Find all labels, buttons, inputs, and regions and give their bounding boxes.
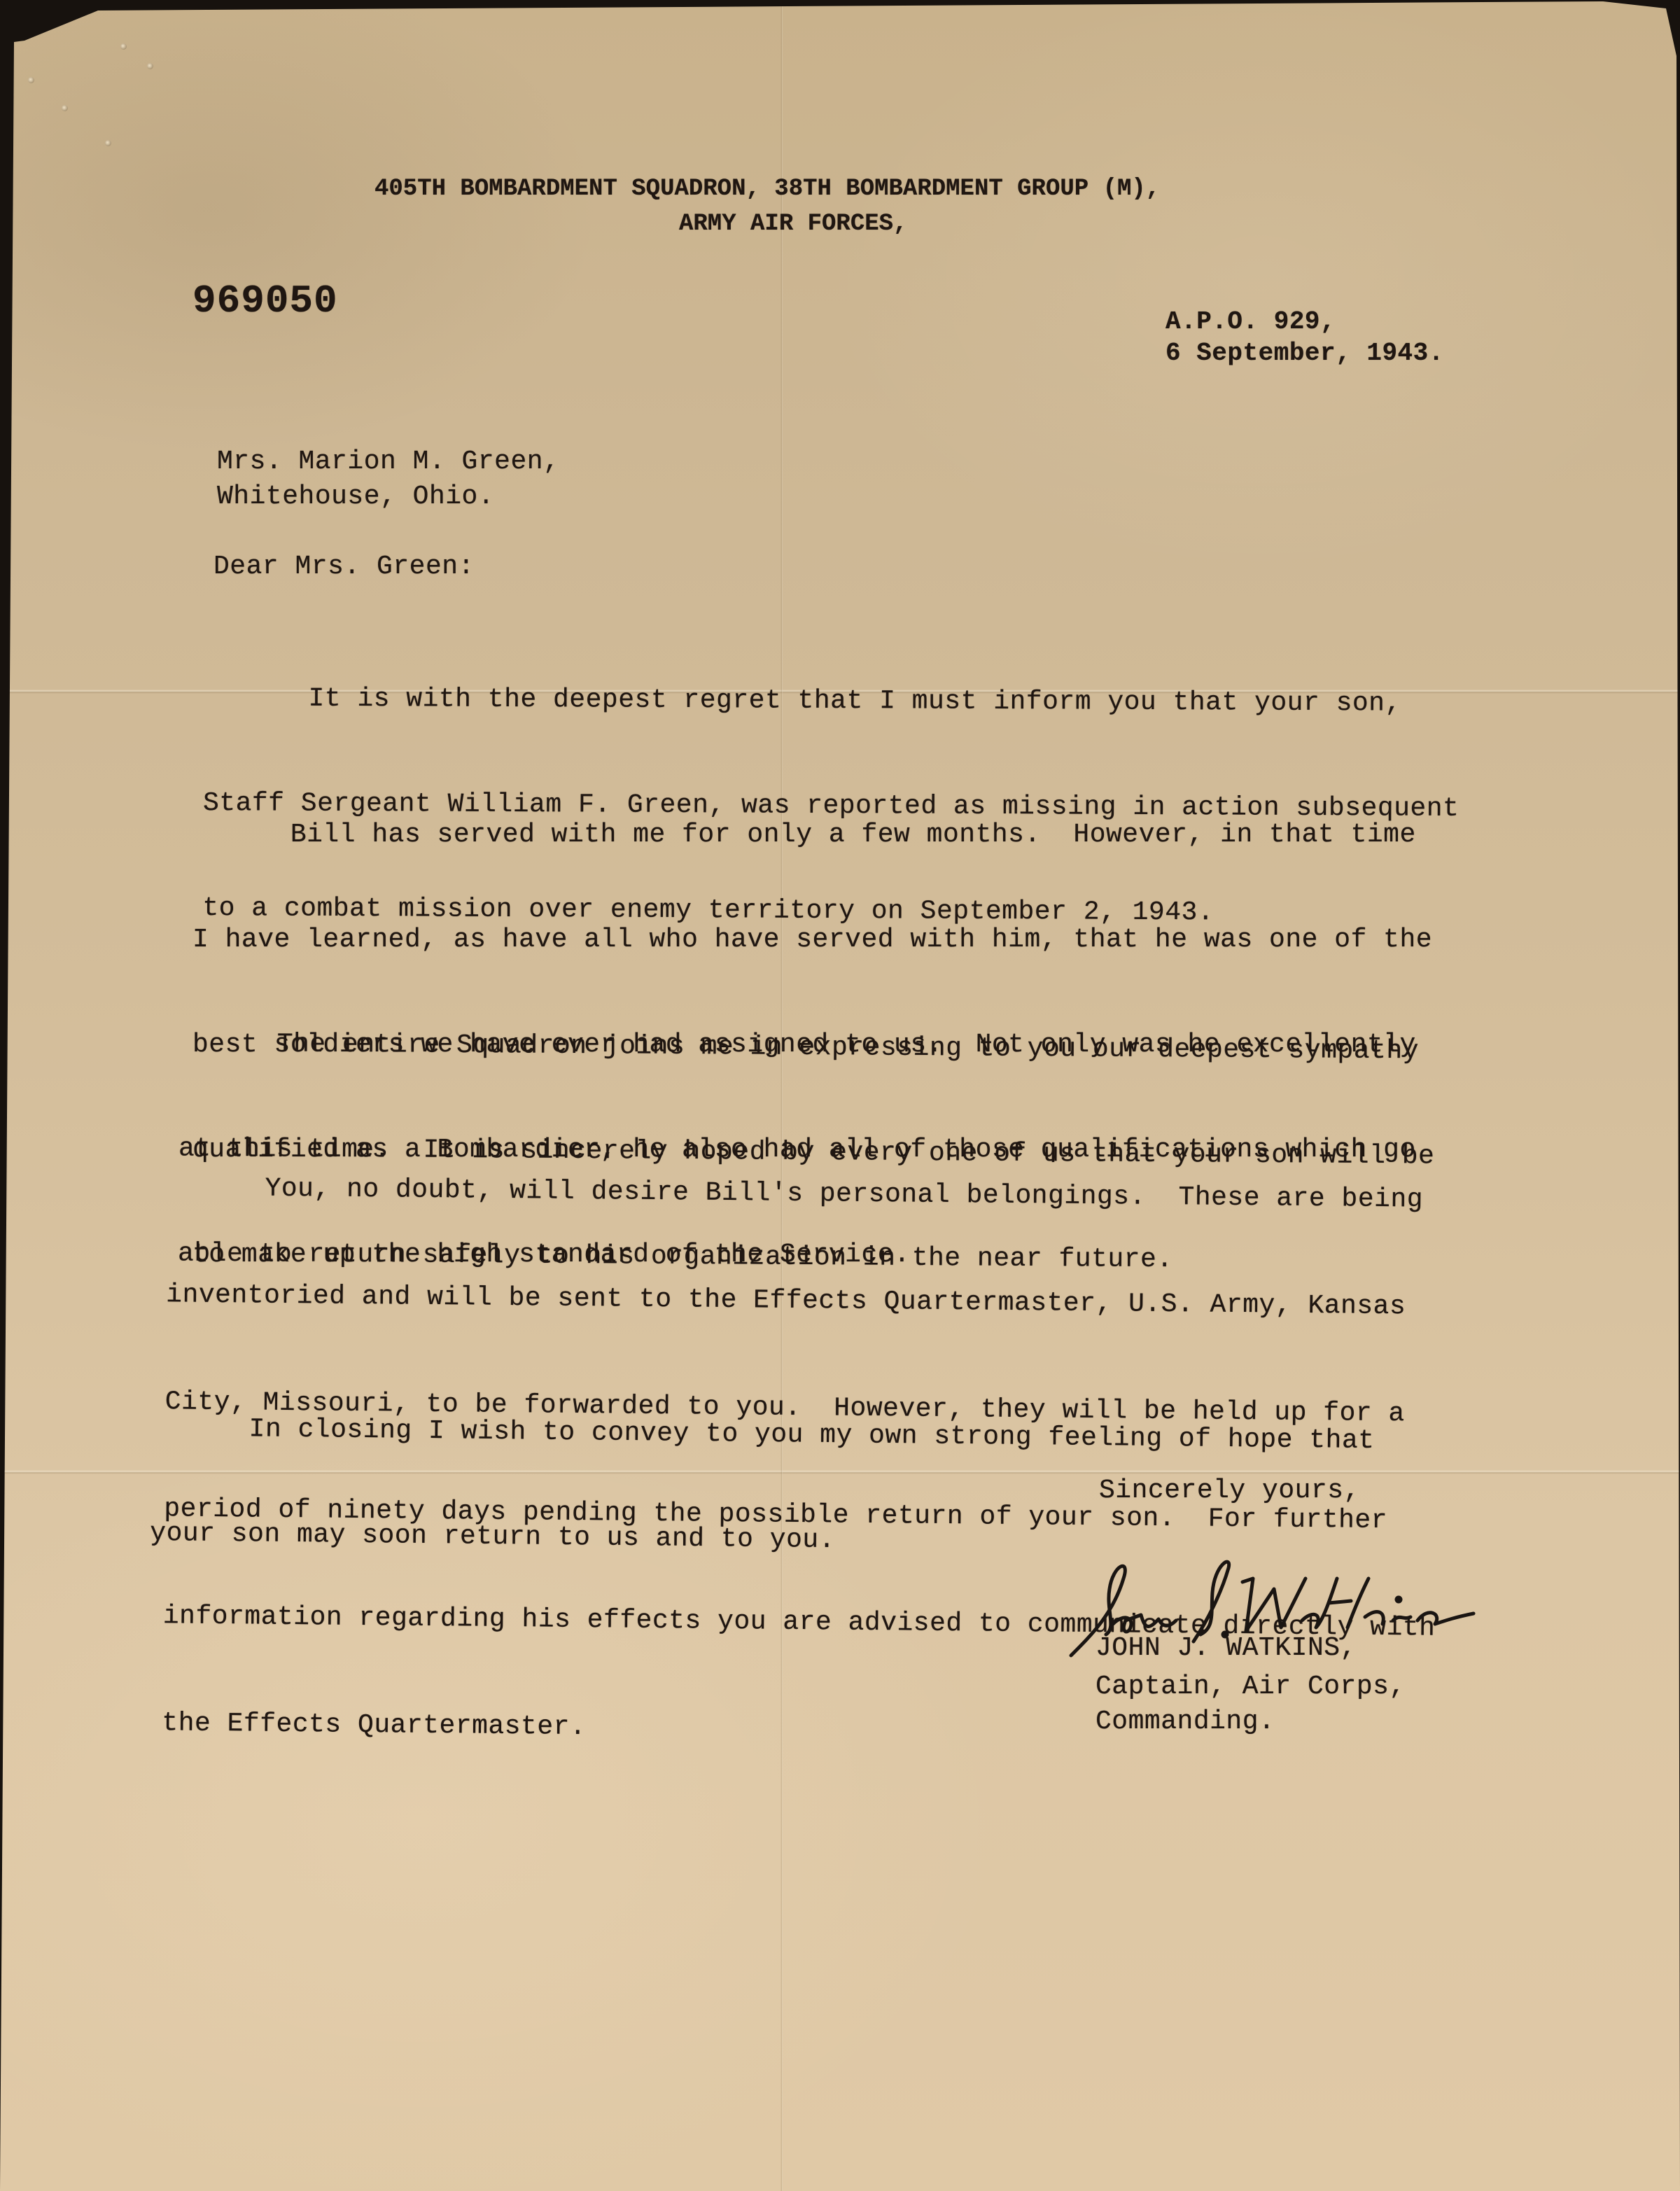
body-line: Bill has served with me for only a few m… — [192, 818, 1432, 853]
signer-role: Commanding. — [1095, 1704, 1275, 1739]
signer-rank: Captain, Air Corps, — [1095, 1669, 1406, 1704]
body-line: inventoried and will be sent to the Effe… — [166, 1277, 1438, 1324]
pin-hole-mark — [105, 140, 111, 146]
letterhead-line-1: 405TH BOMBARDMENT SQUADRON, 38TH BOMBARD… — [374, 171, 1160, 206]
pin-hole-mark — [120, 43, 127, 50]
salutation: Dear Mrs. Green: — [213, 549, 475, 584]
pin-hole-mark — [62, 105, 68, 111]
pin-hole-mark — [28, 77, 34, 83]
body-line: It is with the deepest regret that I mus… — [211, 681, 1460, 722]
body-line: You, no doubt, will desire Bill's person… — [167, 1170, 1439, 1217]
body-line: The entire Squadron joins me in expressi… — [179, 1027, 1436, 1070]
recipient-city: Whitehouse, Ohio. — [217, 479, 494, 514]
signer-name: JOHN J. WATKINS, — [1095, 1631, 1357, 1666]
complimentary-close: Sincerely yours, — [1099, 1473, 1360, 1508]
apo-number: A.P.O. 929, — [1165, 304, 1336, 339]
serial-number: 969050 — [192, 283, 338, 318]
body-line: I have learned, as have all who have ser… — [192, 923, 1432, 958]
letterhead-line-2: ARMY AIR FORCES, — [679, 206, 907, 241]
pin-hole-mark — [147, 63, 153, 69]
letter-date: 6 September, 1943. — [1165, 336, 1444, 371]
body-line: In closing I wish to convey to you my ow… — [151, 1411, 1375, 1459]
recipient-name: Mrs. Marion M. Green, — [217, 444, 559, 479]
